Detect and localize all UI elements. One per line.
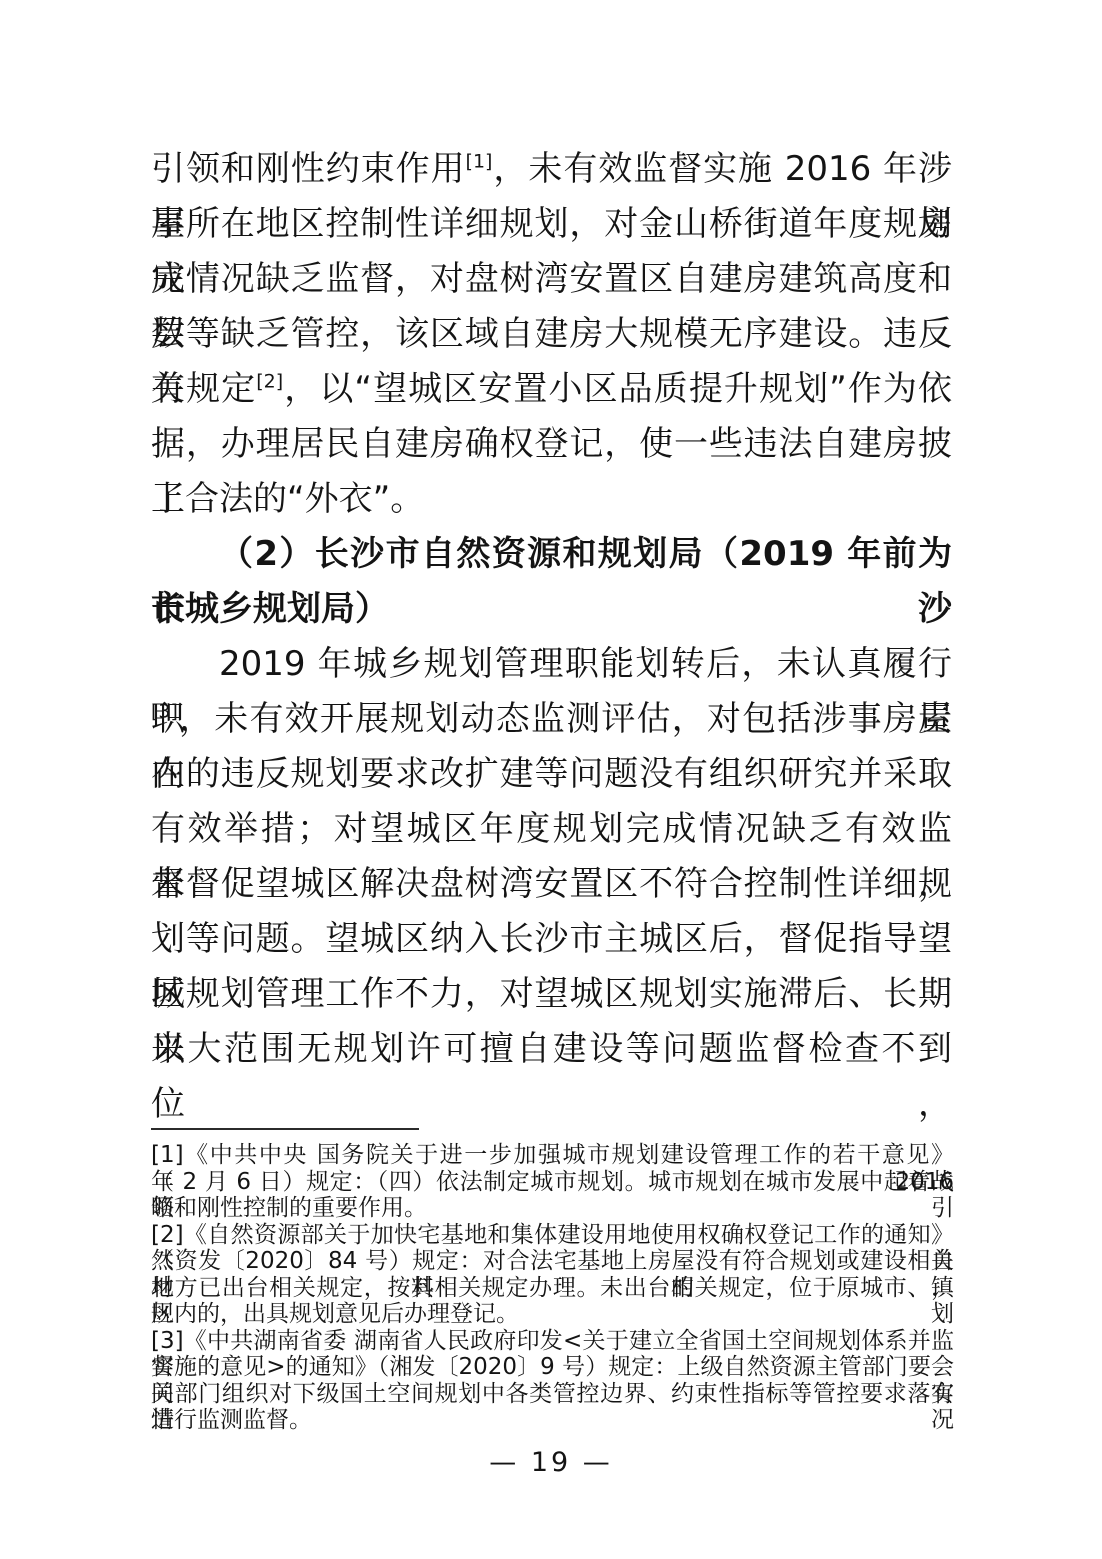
body-line: 区规划管理工作不力，对望城区规划实施滞后、长期以 [151, 967, 952, 1022]
footnote-ref: [1] [466, 151, 493, 173]
body-line: 了合法的“外衣”。 [151, 472, 952, 527]
body-text: 引领和刚性约束作用[1]，未有效监督实施 2016 年涉事房屋所在地区控制性详细… [151, 142, 952, 1077]
footnote-line: 关部门组织对下级国土空间规划中各类管控边界、约束性指标等管控要求落实情况 [151, 1381, 954, 1408]
footnote-ref: [3] [151, 701, 178, 723]
body-line: 未督促望城区解决盘树湾安置区不符合控制性详细规 [151, 857, 952, 912]
body-line: 屋所在地区控制性详细规划，对金山桥街道年度规划完 [151, 197, 952, 252]
body-line: 引领和刚性约束作用[1]，未有效监督实施 2016 年涉事房 [151, 142, 952, 197]
footnote-ref: [2] [256, 371, 283, 393]
document-page: 引领和刚性约束作用[1]，未有效监督实施 2016 年涉事房屋所在地区控制性详细… [0, 0, 1102, 1559]
body-line: 来大范围无规划许可擅自建设等问题监督检查不到位， [151, 1022, 952, 1077]
footnote-line: 然资发〔2020〕84 号）规定：对合法宅基地上房屋没有符合规划或建设相关材料的… [151, 1248, 954, 1275]
footnote-line: 实施的意见>的通知》（湘发〔2020〕9 号）规定：上级自然资源主管部门要会同有 [151, 1354, 954, 1381]
body-line: 划等问题。望城区纳入长沙市主城区后，督促指导望城 [151, 912, 952, 967]
footnote-line: [2]《自然资源部关于加快宅基地和集体建设用地使用权确权登记工作的通知》（自 [151, 1222, 954, 1249]
body-line: 内的违反规划要求改扩建等问题没有组织研究并采取 [151, 747, 952, 802]
footnote-line: 地方已出台相关规定，按其相关规定办理。未出台相关规定，位于原城市、镇规划 [151, 1275, 954, 1302]
footnote-line: [1]《中共中央 国务院关于进一步加强城市规划建设管理工作的若干意见》（2016 [151, 1142, 954, 1169]
body-line: 关规定[2]，以“望城区安置小区品质提升规划”作为依 [151, 362, 952, 417]
body-line: 数等缺乏管控，该区域自建房大规模无序建设。违反有 [151, 307, 952, 362]
footnotes: [1]《中共中央 国务院关于进一步加强城市规划建设管理工作的若干意见》（2016… [151, 1142, 954, 1434]
footnote-line: [3]《中共湖南省委 湖南省人民政府印发<关于建立全省国土空间规划体系并监督 [151, 1328, 954, 1355]
page-number: — 19 — [0, 1447, 1102, 1478]
body-line: [3]，未有效开展规划动态监测评估，对包括涉事房屋在 [151, 692, 952, 747]
footnote-separator [151, 1128, 419, 1130]
body-line: 成情况缺乏监督，对盘树湾安置区自建房建筑高度和层 [151, 252, 952, 307]
body-line: （2）长沙市自然资源和规划局（2019 年前为长沙 [151, 527, 952, 582]
footnote-line: 年 2 月 6 日）规定：（四）依法制定城市规划。城市规划在城市发展中起着战略引 [151, 1169, 954, 1196]
body-line: 据，办理居民自建房确权登记，使一些违法自建房披上 [151, 417, 952, 472]
body-line: 有效举措；对望城区年度规划完成情况缺乏有效监督， [151, 802, 952, 857]
body-line: 2019 年城乡规划管理职能划转后，未认真履行职责 [151, 637, 952, 692]
